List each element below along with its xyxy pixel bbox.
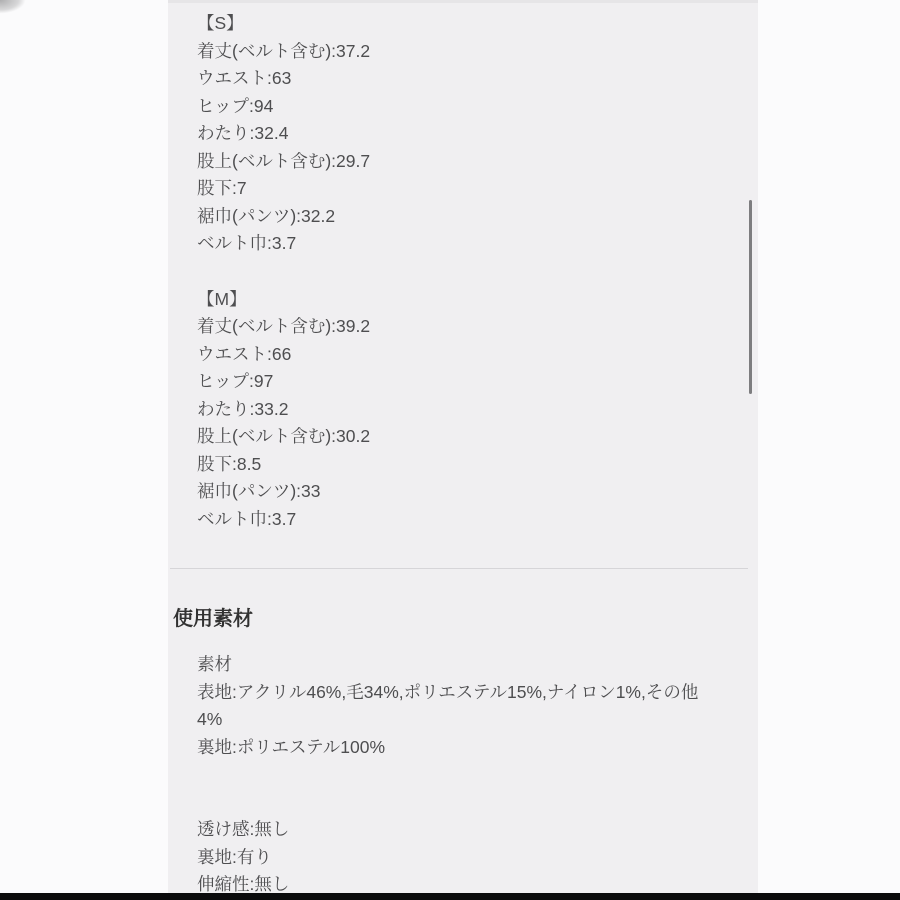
attribute-sheerness: 透け感:無し bbox=[197, 816, 713, 844]
materials-body: 素材 表地:アクリル46%,毛34%,ポリエステル15%,ナイロン1%,その他4… bbox=[168, 651, 758, 899]
size-row: ベルト巾:3.7 bbox=[197, 230, 758, 258]
size-section-m: 【M】 着丈(ベルト含む):39.2 ウエスト:66 ヒップ:97 わたり:33… bbox=[168, 286, 758, 534]
size-row: 裾巾(パンツ):33 bbox=[197, 478, 758, 506]
materials-attributes: 透け感:無し 裏地:有り 伸縮性:無し bbox=[197, 816, 713, 899]
size-row: わたり:32.4 bbox=[197, 120, 758, 148]
size-row: 股下:8.5 bbox=[197, 451, 758, 479]
materials-composition-lining: 裏地:ポリエステル100% bbox=[197, 734, 713, 762]
size-label-m: 【M】 bbox=[197, 286, 758, 314]
section-divider bbox=[170, 568, 748, 569]
scrollbar[interactable] bbox=[749, 200, 752, 394]
size-row: 着丈(ベルト含む):39.2 bbox=[197, 313, 758, 341]
size-row: 股上(ベルト含む):29.7 bbox=[197, 148, 758, 176]
materials-composition-outer: 表地:アクリル46%,毛34%,ポリエステル15%,ナイロン1%,その他4% bbox=[197, 679, 713, 734]
size-row: ウエスト:66 bbox=[197, 341, 758, 369]
size-row: 股上(ベルト含む):30.2 bbox=[197, 423, 758, 451]
corner-artifact bbox=[0, 0, 34, 18]
attribute-lining: 裏地:有り bbox=[197, 844, 713, 872]
bottom-bar bbox=[0, 893, 900, 900]
size-section-s: 【S】 着丈(ベルト含む):37.2 ウエスト:63 ヒップ:94 わたり:32… bbox=[168, 0, 758, 258]
product-detail-panel: 【S】 着丈(ベルト含む):37.2 ウエスト:63 ヒップ:94 わたり:32… bbox=[168, 0, 758, 893]
size-row: 股下:7 bbox=[197, 175, 758, 203]
size-row: 裾巾(パンツ):32.2 bbox=[197, 203, 758, 231]
size-label-s: 【S】 bbox=[197, 10, 758, 38]
page: 【S】 着丈(ベルト含む):37.2 ウエスト:63 ヒップ:94 わたり:32… bbox=[0, 0, 900, 900]
size-row: ヒップ:94 bbox=[197, 93, 758, 121]
size-row: 着丈(ベルト含む):37.2 bbox=[197, 38, 758, 66]
size-row: ヒップ:97 bbox=[197, 368, 758, 396]
materials-heading: 使用素材 bbox=[168, 605, 758, 633]
size-row: ウエスト:63 bbox=[197, 65, 758, 93]
materials-intro: 素材 bbox=[197, 651, 713, 679]
size-row: わたり:33.2 bbox=[197, 396, 758, 424]
size-row: ベルト巾:3.7 bbox=[197, 506, 758, 534]
